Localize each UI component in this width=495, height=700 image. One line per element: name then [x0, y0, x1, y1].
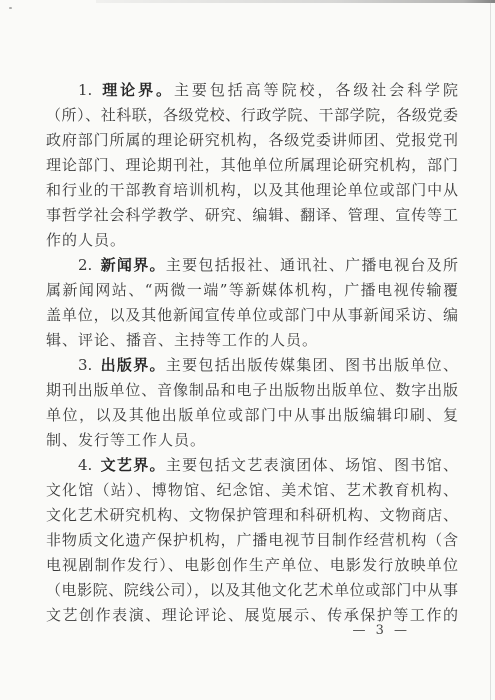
line-text: 主要包括文艺表演团体、场馆、图书馆、	[166, 456, 458, 474]
item-term: 新闻界。	[99, 256, 166, 274]
text-line: 制、发行等工作人员。	[46, 428, 458, 453]
page-number: — 3 —	[352, 622, 410, 640]
line-text: 主要包括出版传媒集团、图书出版单位、	[166, 356, 458, 374]
text-line: （所）、社科联，各级党校、行政学院、干部学院，各级党委	[46, 103, 458, 128]
text-line: 4.文艺界。主要包括文艺表演团体、场馆、图书馆、	[46, 453, 458, 478]
paragraph-4-arts-circles: 4.文艺界。主要包括文艺表演团体、场馆、图书馆、 文化馆（站）、博物馆、纪念馆、…	[46, 453, 458, 628]
text-line: 文化艺术研究机构、文物保护管理和科研机构、文物商店、	[46, 503, 458, 528]
text-line: 1.理论界。主要包括高等院校，各级社会科学院	[46, 78, 458, 103]
text-line: 理论部门、理论期刊社，其他单位所属理论研究机构，部门	[46, 153, 458, 178]
text-line: 期刊出版单位、音像制品和电子出版物出版单位、数字出版	[46, 378, 458, 403]
text-line: 政府部门所属的理论研究机构，各级党委讲师团、党报党刊	[46, 128, 458, 153]
document-text-body: 1.理论界。主要包括高等院校，各级社会科学院 （所）、社科联，各级党校、行政学院…	[46, 78, 458, 628]
text-line: 盖单位，以及其他新闻宣传单位或部门中从事新闻采访、编	[46, 303, 458, 328]
paragraph-1-theory-circles: 1.理论界。主要包括高等院校，各级社会科学院 （所）、社科联，各级党校、行政学院…	[46, 78, 458, 253]
text-line: 非物质文化遗产保护机构，广播电视节目制作经营机构（含	[46, 528, 458, 553]
scan-edge-artifact-top	[96, 0, 495, 3]
text-line: 2.新闻界。主要包括报社、通讯社、广播电视台及所	[46, 253, 458, 278]
text-line: 和行业的干部教育培训机构，以及其他理论单位或部门中从	[46, 178, 458, 203]
item-term: 出版界。	[99, 356, 166, 374]
text-line: 电视剧制作发行）、电影创作生产单位、电影发行放映单位	[46, 553, 458, 578]
item-term: 文艺界。	[99, 456, 166, 474]
item-number: 1.	[78, 81, 92, 99]
line-text: 主要包括高等院校，各级社会科学院	[174, 81, 458, 99]
text-line: 文化馆（站）、博物馆、纪念馆、美术馆、艺术教育机构、	[46, 478, 458, 503]
text-line: 作的人员。	[46, 228, 458, 253]
text-line: 事哲学社会科学教学、研究、编辑、翻译、管理、宣传等工	[46, 203, 458, 228]
item-number: 3.	[78, 356, 92, 374]
scan-speck	[9, 7, 12, 9]
text-line: 3.出版界。主要包括出版传媒集团、图书出版单位、	[46, 353, 458, 378]
text-line: 属新闻网站、“两微一端”等新媒体机构，广播电视传输覆	[46, 278, 458, 303]
paragraph-2-press-circles: 2.新闻界。主要包括报社、通讯社、广播电视台及所 属新闻网站、“两微一端”等新媒…	[46, 253, 458, 353]
item-number: 4.	[78, 456, 92, 474]
paragraph-3-publishing-circles: 3.出版界。主要包括出版传媒集团、图书出版单位、 期刊出版单位、音像制品和电子出…	[46, 353, 458, 453]
item-term: 理论界。	[99, 81, 174, 99]
text-line: （电影院、院线公司），以及其他文化艺术单位或部门中从事	[46, 578, 458, 603]
text-line: 辑、评论、播音、主持等工作的人员。	[46, 328, 458, 353]
text-line: 单位，以及其他出版单位或部门中从事出版编辑印刷、复	[46, 403, 458, 428]
scan-edge-artifact-right	[490, 0, 491, 700]
line-text: 主要包括报社、通讯社、广播电视台及所	[166, 256, 458, 274]
item-number: 2.	[78, 256, 92, 274]
scanned-document-page: { "page": { "background_color": "#fafaf8…	[0, 0, 495, 700]
